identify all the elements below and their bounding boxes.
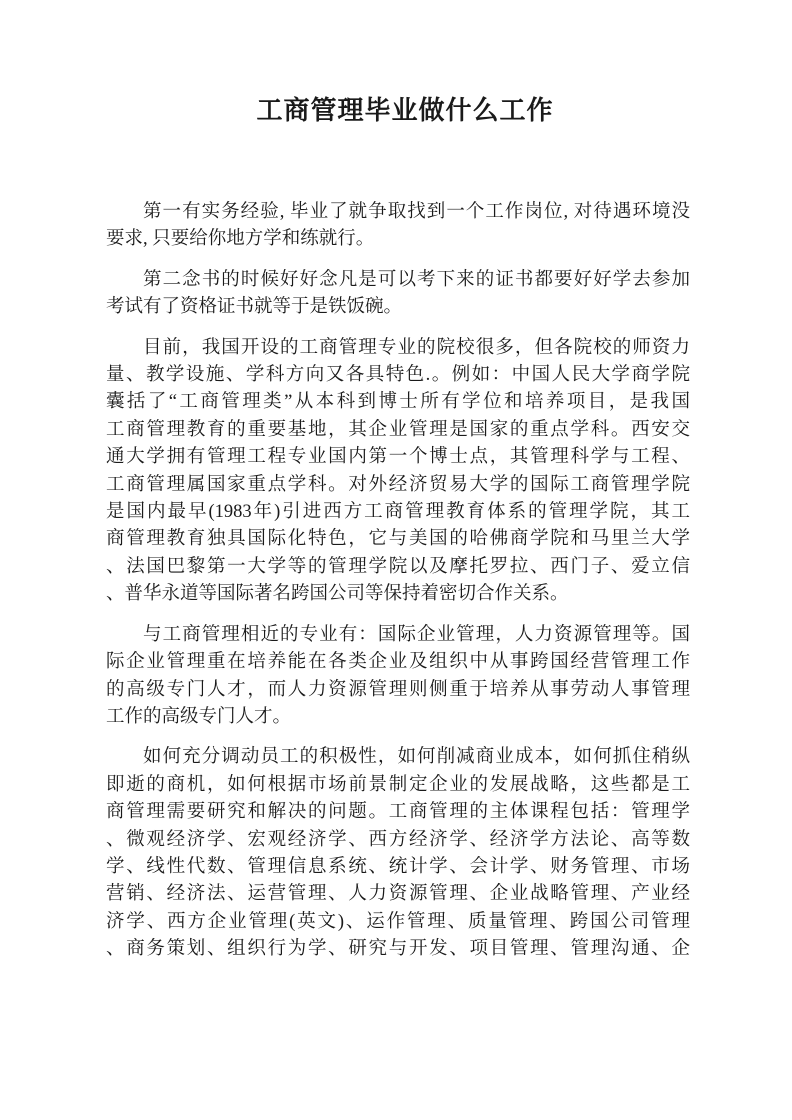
text-line: 量、教学设施、学科方向又各具特色.。例如：中国人民大学商学院	[106, 362, 690, 389]
text-line: 工作的高级专门人才。	[106, 704, 690, 731]
text-line: 、法国巴黎第一大学等的管理学院以及摩托罗拉、西门子、爱立信	[106, 554, 690, 581]
text-line: 通大学拥有管理工程专业国内第一个博士点，其管理科学与工程、	[106, 444, 690, 471]
text-line: 第二念书的时候好好念凡是可以考下来的证书都要好好学去参加	[106, 267, 690, 294]
text-line: 的高级专门人才，而人力资源管理则侧重于培养从事劳动人事管理	[106, 677, 690, 704]
text-line: 要求, 只要给你地方学和练就行。	[106, 226, 690, 253]
text-line: 营销、经济法、运营管理、人力资源管理、企业战略管理、产业经	[106, 881, 690, 908]
text-line: 际企业管理重在培养能在各类企业及组织中从事跨国经营管理工作	[106, 649, 690, 676]
text-line: 考试有了资格证书就等于是铁饭碗。	[106, 294, 690, 321]
paragraph-3: 目前，我国开设的工商管理专业的院校很多，但各院校的师资力 量、教学设施、学科方向…	[106, 335, 690, 609]
document-body: 第一有实务经验, 毕业了就争取找到一个工作岗位, 对待遇环境没 要求, 只要给你…	[106, 199, 690, 964]
paragraph-1: 第一有实务经验, 毕业了就争取找到一个工作岗位, 对待遇环境没 要求, 只要给你…	[106, 199, 690, 254]
paragraph-5: 如何充分调动员工的积极性，如何削减商业成本，如何抓住稍纵 即逝的商机，如何根据市…	[106, 744, 690, 963]
text-line: 、商务策划、组织行为学、研究与开发、项目管理、管理沟通、企	[106, 936, 690, 963]
text-line: 济学、西方企业管理(英文)、运作管理、质量管理、跨国公司管理	[106, 909, 690, 936]
text-line: 工商管理属国家重点学科。对外经济贸易大学的国际工商管理学院	[106, 472, 690, 499]
text-line: 商管理教育独具国际化特色，它与美国的哈佛商学院和马里兰大学	[106, 526, 690, 553]
text-line: 、微观经济学、宏观经济学、西方经济学、经济学方法论、高等数	[106, 827, 690, 854]
document-page: 工商管理毕业做什么工作 第一有实务经验, 毕业了就争取找到一个工作岗位, 对待遇…	[0, 0, 792, 1120]
text-line: 、普华永道等国际著名跨国公司等保持着密切合作关系。	[106, 581, 690, 608]
text-line: 商管理需要研究和解决的问题。工商管理的主体课程包括：管理学	[106, 799, 690, 826]
paragraph-2: 第二念书的时候好好念凡是可以考下来的证书都要好好学去参加 考试有了资格证书就等于…	[106, 267, 690, 322]
text-line: 与工商管理相近的专业有：国际企业管理，人力资源管理等。国	[106, 622, 690, 649]
text-line: 第一有实务经验, 毕业了就争取找到一个工作岗位, 对待遇环境没	[106, 199, 690, 226]
text-line: 囊括了“工商管理类”从本科到博士所有学位和培养项目，是我国	[106, 389, 690, 416]
document-title: 工商管理毕业做什么工作	[106, 0, 690, 129]
text-line: 如何充分调动员工的积极性，如何削减商业成本，如何抓住稍纵	[106, 744, 690, 771]
text-line: 工商管理教育的重要基地，其企业管理是国家的重点学科。西安交	[106, 417, 690, 444]
text-line: 是国内最早(1983年)引进西方工商管理教育体系的管理学院，其工	[106, 499, 690, 526]
text-line: 学、线性代数、管理信息系统、统计学、会计学、财务管理、市场	[106, 854, 690, 881]
text-line: 目前，我国开设的工商管理专业的院校很多，但各院校的师资力	[106, 335, 690, 362]
text-line: 即逝的商机，如何根据市场前景制定企业的发展战略，这些都是工	[106, 772, 690, 799]
paragraph-4: 与工商管理相近的专业有：国际企业管理，人力资源管理等。国 际企业管理重在培养能在…	[106, 622, 690, 732]
